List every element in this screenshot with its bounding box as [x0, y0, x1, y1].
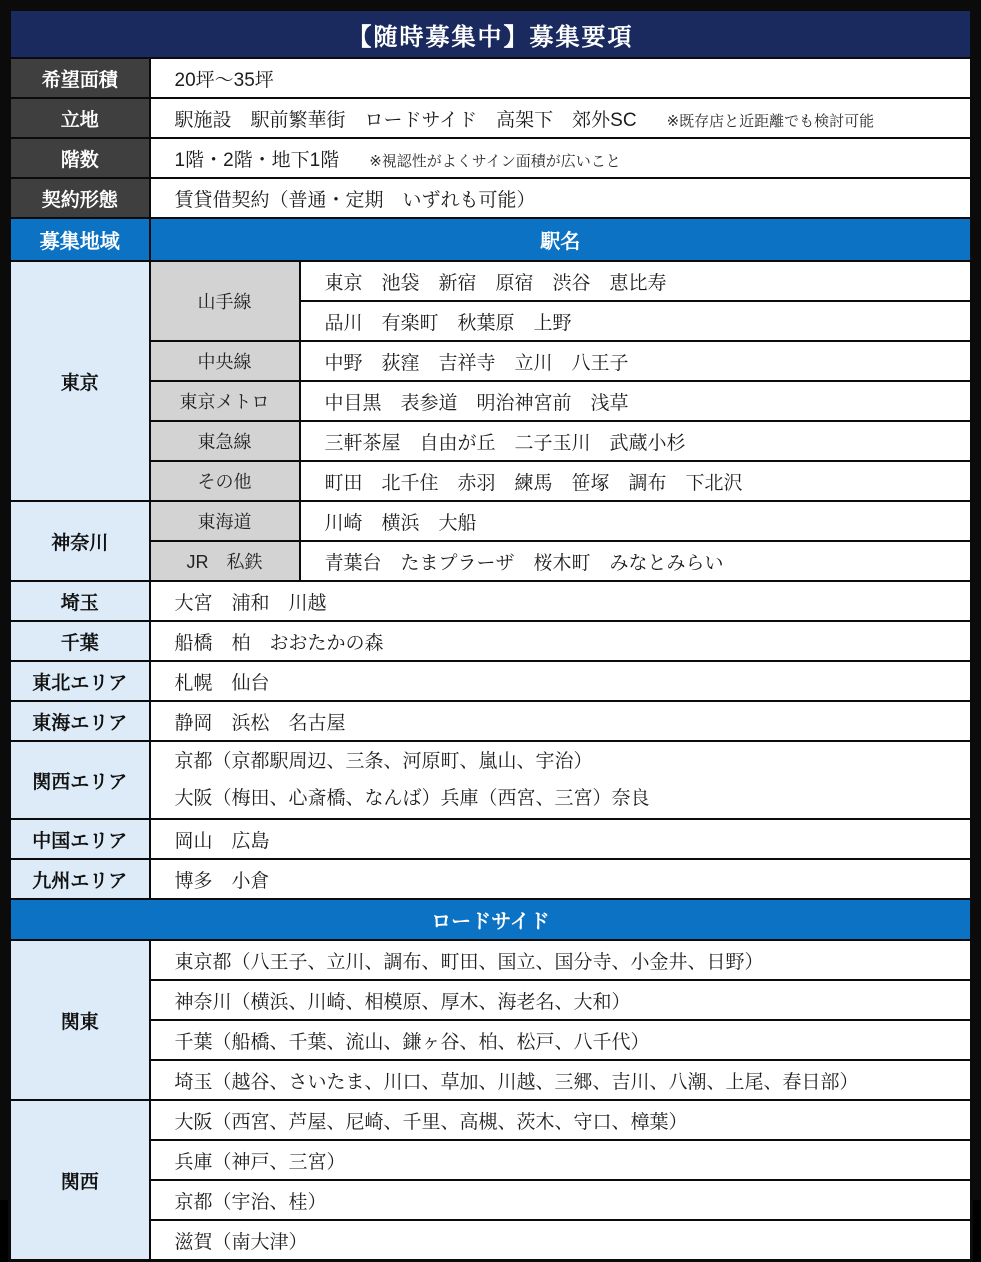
- station-list: 静岡 浜松 名古屋: [150, 701, 972, 741]
- station-list: 町田 北千住 赤羽 練馬 笹塚 調布 下北沢: [300, 461, 972, 501]
- region-label-tohoku: 東北エリア: [10, 661, 150, 701]
- station-list: 川崎 横浜 大船: [300, 501, 972, 541]
- roadside-city-list: 滋賀（南大津）: [150, 1220, 972, 1261]
- label-location: 立地: [10, 98, 150, 138]
- station-list: 中野 荻窪 吉祥寺 立川 八王子: [300, 341, 972, 381]
- roadside-city-list: 東京都（八王子、立川、調布、町田、国立、国分寺、小金井、日野）: [150, 940, 972, 980]
- recruitment-table: 【随時募集中】募集要項 希望面積 20坪〜35坪 立地 駅施設 駅前繁華街 ロー…: [8, 8, 973, 1262]
- value-floors: 1階・2階・地下1階※視認性がよくサイン面積が広いこと: [150, 138, 972, 178]
- label-desired-area: 希望面積: [10, 58, 150, 98]
- page-title: 【随時募集中】募集要項: [10, 10, 972, 59]
- region-label-saitama: 埼玉: [10, 581, 150, 621]
- station-row: 関西エリア 京都（京都駅周辺、三条、河原町、嵐山、宇治） 大阪（梅田、心斎橋、な…: [10, 741, 972, 819]
- value-location: 駅施設 駅前繁華街 ロードサイド 高架下 郊外SC※既存店と近距離でも検討可能: [150, 98, 972, 138]
- station-row: 埼玉 大宮 浦和 川越: [10, 581, 972, 621]
- station-list: 船橋 柏 おおたかの森: [150, 621, 972, 661]
- note-text: ※視認性がよくサイン面積が広いこと: [369, 153, 621, 170]
- region-label-kanagawa: 神奈川: [10, 501, 150, 581]
- roadside-row: 京都（宇治、桂）: [10, 1180, 972, 1220]
- summary-row-contract: 契約形態 賃貸借契約（普通・定期 いずれも可能）: [10, 178, 972, 218]
- line-label-tokyu: 東急線: [150, 421, 300, 461]
- roadside-city-list: 大阪（西宮、芦屋、尼崎、千里、高槻、茨木、守口、樟葉）: [150, 1100, 972, 1140]
- region-label-kansai: 関西: [10, 1100, 150, 1261]
- roadside-city-list: 千葉（船橋、千葉、流山、鎌ヶ谷、柏、松戸、八千代）: [150, 1020, 972, 1060]
- station-row: 東海エリア 静岡 浜松 名古屋: [10, 701, 972, 741]
- region-label-kansai-area: 関西エリア: [10, 741, 150, 819]
- region-label-tokyo: 東京: [10, 261, 150, 501]
- roadside-row: 関東 東京都（八王子、立川、調布、町田、国立、国分寺、小金井、日野）: [10, 940, 972, 980]
- line-label-other: その他: [150, 461, 300, 501]
- station-list: 札幌 仙台: [150, 661, 972, 701]
- value-desired-area: 20坪〜35坪: [150, 58, 972, 98]
- station-row: 中央線 中野 荻窪 吉祥寺 立川 八王子: [10, 341, 972, 381]
- line-label-chuo: 中央線: [150, 341, 300, 381]
- region-label-kyushu: 九州エリア: [10, 859, 150, 899]
- station-list-multiline: 京都（京都駅周辺、三条、河原町、嵐山、宇治） 大阪（梅田、心斎橋、なんば）兵庫（…: [150, 741, 972, 819]
- line-label-jr-private: JR 私鉄: [150, 541, 300, 581]
- region-label-chugoku: 中国エリア: [10, 819, 150, 859]
- summary-row-floors: 階数 1階・2階・地下1階※視認性がよくサイン面積が広いこと: [10, 138, 972, 178]
- page: 【随時募集中】募集要項 希望面積 20坪〜35坪 立地 駅施設 駅前繁華街 ロー…: [0, 0, 981, 1200]
- region-label-tokai: 東海エリア: [10, 701, 150, 741]
- region-label-chiba: 千葉: [10, 621, 150, 661]
- station-list: 博多 小倉: [150, 859, 972, 899]
- label-floors: 階数: [10, 138, 150, 178]
- summary-row-location: 立地 駅施設 駅前繁華街 ロードサイド 高架下 郊外SC※既存店と近距離でも検討…: [10, 98, 972, 138]
- station-list: 大宮 浦和 川越: [150, 581, 972, 621]
- value-contract: 賃貸借契約（普通・定期 いずれも可能）: [150, 178, 972, 218]
- roadside-row: 関西 大阪（西宮、芦屋、尼崎、千里、高槻、茨木、守口、樟葉）: [10, 1100, 972, 1140]
- summary-row-area: 希望面積 20坪〜35坪: [10, 58, 972, 98]
- roadside-city-list: 兵庫（神戸、三宮）: [150, 1140, 972, 1180]
- value-text: 駅施設 駅前繁華街 ロードサイド 高架下 郊外SC: [175, 110, 637, 131]
- title-row: 【随時募集中】募集要項: [10, 10, 972, 59]
- roadside-row: 埼玉（越谷、さいたま、川口、草加、川越、三郷、吉川、八潮、上尾、春日部）: [10, 1060, 972, 1100]
- note-text: ※既存店と近距離でも検討可能: [667, 113, 875, 130]
- roadside-section-header: ロードサイド: [10, 899, 972, 940]
- station-list-line2: 大阪（梅田、心斎橋、なんば）兵庫（西宮、三宮）奈良: [175, 780, 970, 817]
- roadside-city-list: 京都（宇治、桂）: [150, 1180, 972, 1220]
- station-section-header-row: 募集地域 駅名: [10, 218, 972, 261]
- value-text: 1階・2階・地下1階: [175, 150, 340, 171]
- station-row: 中国エリア 岡山 広島: [10, 819, 972, 859]
- value-text: 賃貸借契約（普通・定期 いずれも可能）: [175, 190, 536, 211]
- roadside-city-list: 神奈川（横浜、川崎、相模原、厚木、海老名、大和）: [150, 980, 972, 1020]
- line-label-tokaido: 東海道: [150, 501, 300, 541]
- station-list: 青葉台 たまプラーザ 桜木町 みなとみらい: [300, 541, 972, 581]
- station-row: 神奈川 東海道 川崎 横浜 大船: [10, 501, 972, 541]
- station-list: 三軒茶屋 自由が丘 二子玉川 武蔵小杉: [300, 421, 972, 461]
- roadside-header-row: ロードサイド: [10, 899, 972, 940]
- station-list: 岡山 広島: [150, 819, 972, 859]
- region-label-kanto: 関東: [10, 940, 150, 1100]
- roadside-city-list: 埼玉（越谷、さいたま、川口、草加、川越、三郷、吉川、八潮、上尾、春日部）: [150, 1060, 972, 1100]
- station-row: 東急線 三軒茶屋 自由が丘 二子玉川 武蔵小杉: [10, 421, 972, 461]
- value-text: 20坪〜35坪: [175, 70, 274, 91]
- roadside-row: 神奈川（横浜、川崎、相模原、厚木、海老名、大和）: [10, 980, 972, 1020]
- roadside-row: 兵庫（神戸、三宮）: [10, 1140, 972, 1180]
- station-row: 九州エリア 博多 小倉: [10, 859, 972, 899]
- line-label-yamanote: 山手線: [150, 261, 300, 341]
- region-column-header: 募集地域: [10, 218, 150, 261]
- roadside-row: 滋賀（南大津）: [10, 1220, 972, 1261]
- station-row: 東京メトロ 中目黒 表参道 明治神宮前 浅草: [10, 381, 972, 421]
- label-contract: 契約形態: [10, 178, 150, 218]
- line-label-tokyo-metro: 東京メトロ: [150, 381, 300, 421]
- roadside-row: 千葉（船橋、千葉、流山、鎌ヶ谷、柏、松戸、八千代）: [10, 1020, 972, 1060]
- station-list: 品川 有楽町 秋葉原 上野: [300, 301, 972, 341]
- station-column-header: 駅名: [150, 218, 972, 261]
- station-list: 東京 池袋 新宿 原宿 渋谷 恵比寿: [300, 261, 972, 301]
- station-list-line1: 京都（京都駅周辺、三条、河原町、嵐山、宇治）: [175, 743, 970, 780]
- station-row: その他 町田 北千住 赤羽 練馬 笹塚 調布 下北沢: [10, 461, 972, 501]
- station-row: 東北エリア 札幌 仙台: [10, 661, 972, 701]
- station-list: 中目黒 表参道 明治神宮前 浅草: [300, 381, 972, 421]
- station-row: 千葉 船橋 柏 おおたかの森: [10, 621, 972, 661]
- station-row: 東京 山手線 東京 池袋 新宿 原宿 渋谷 恵比寿: [10, 261, 972, 301]
- station-row: JR 私鉄 青葉台 たまプラーザ 桜木町 みなとみらい: [10, 541, 972, 581]
